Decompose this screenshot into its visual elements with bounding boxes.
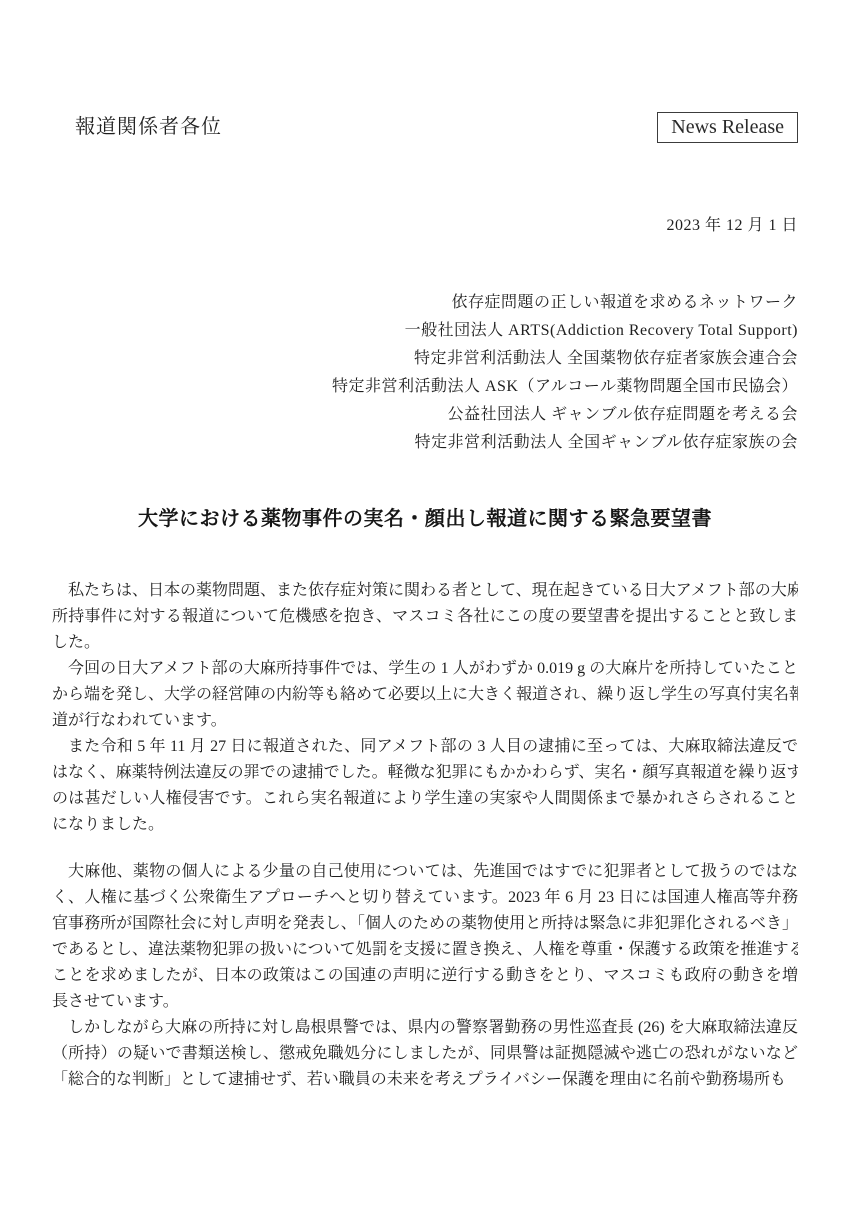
body-line: はなく、麻薬特例法違反の罪での逮捕でした。軽微な犯罪にもかかわらず、実名・顔写真… [52, 760, 798, 786]
sender-line: 特定非営利活動法人 全国ギャンブル依存症家族の会 [52, 429, 798, 457]
body-line: また令和 5 年 11 月 27 日に報道された、同アメフト部の 3 人目の逮捕… [52, 734, 798, 760]
body-line: 官事務所が国際社会に対し声明を発表し、「個人のための薬物使用と所持は緊急に非犯罪… [52, 911, 798, 937]
body-line: 道が行なわれています。 [52, 708, 798, 734]
paragraph: また令和 5 年 11 月 27 日に報道された、同アメフト部の 3 人目の逮捕… [52, 734, 798, 838]
body-line: しかしながら大麻の所持に対し島根県警では、県内の警察署勤務の男性巡査長 (26)… [52, 1015, 798, 1041]
body-line: 大麻他、薬物の個人による少量の自己使用については、先進国ではすでに犯罪者として扱… [52, 859, 798, 885]
body-line: （所持）の疑いで書類送検し、懲戒免職処分にしましたが、同県警は証拠隠滅や逃亡の恐… [52, 1041, 798, 1067]
sender-line: 特定非営利活動法人 全国薬物依存症者家族会連合会 [52, 345, 798, 373]
document-content: 報道関係者各位 News Release 2023 年 12 月 1 日 依存症… [0, 112, 860, 1093]
body-line: く、人権に基づく公衆衛生アプローチへと切り替えています。2023 年 6 月 2… [52, 885, 798, 911]
body-line: 「総合的な判断」として逮捕せず、若い職員の未来を考えプライバシー保護を理由に名前… [52, 1067, 798, 1093]
sender-line: 特定非営利活動法人 ASK（アルコール薬物問題全国市民協会） [52, 373, 798, 401]
body-line: した。 [52, 630, 798, 656]
sender-line: 一般社団法人 ARTS(Addiction Recovery Total Sup… [52, 317, 798, 345]
paragraph: 今回の日大アメフト部の大麻所持事件では、学生の 1 人がわずか 0.019 g … [52, 656, 798, 734]
body-line: 今回の日大アメフト部の大麻所持事件では、学生の 1 人がわずか 0.019 g … [52, 656, 798, 682]
document-page: 報道関係者各位 News Release 2023 年 12 月 1 日 依存症… [0, 0, 860, 1216]
recipient-line: 報道関係者各位 [52, 112, 222, 142]
sender-line: 公益社団法人 ギャンブル依存症問題を考える会 [52, 401, 798, 429]
body-line: であるとし、違法薬物犯罪の扱いについて処罰を支援に置き換え、人権を尊重・保護する… [52, 937, 798, 963]
paragraph: 私たちは、日本の薬物問題、また依存症対策に関わる者として、現在起きている日大アメ… [52, 578, 798, 656]
document-title: 大学における薬物事件の実名・顔出し報道に関する緊急要望書 [52, 507, 798, 532]
body-line: のは甚だしい人権侵害です。これら実名報道により学生達の実家や人間関係まで暴かれさ… [52, 786, 798, 812]
body-line: 私たちは、日本の薬物問題、また依存症対策に関わる者として、現在起きている日大アメ… [52, 578, 798, 604]
paragraph: しかしながら大麻の所持に対し島根県警では、県内の警察署勤務の男性巡査長 (26)… [52, 1015, 798, 1093]
body-line: 長させています。 [52, 989, 798, 1015]
news-release-badge: News Release [657, 112, 798, 143]
body-line: になりました。 [52, 812, 798, 838]
paragraph: 大麻他、薬物の個人による少量の自己使用については、先進国ではすでに犯罪者として扱… [52, 859, 798, 1015]
header-row: 報道関係者各位 News Release [52, 112, 798, 146]
body-line: ことを求めましたが、日本の政策はこの国連の声明に逆行する動きをとり、マスコミも政… [52, 963, 798, 989]
sender-list: 依存症問題の正しい報道を求めるネットワーク一般社団法人 ARTS(Addicti… [52, 289, 798, 457]
body-line: から端を発し、大学の経営陣の内紛等も絡めて必要以上に大きく報道され、繰り返し学生… [52, 682, 798, 708]
sender-line: 依存症問題の正しい報道を求めるネットワーク [52, 289, 798, 317]
date-line: 2023 年 12 月 1 日 [52, 215, 798, 236]
body-line: 所持事件に対する報道について危機感を抱き、マスコミ各社にこの度の要望書を提出する… [52, 604, 798, 630]
body-paragraphs: 私たちは、日本の薬物問題、また依存症対策に関わる者として、現在起きている日大アメ… [52, 578, 798, 1093]
